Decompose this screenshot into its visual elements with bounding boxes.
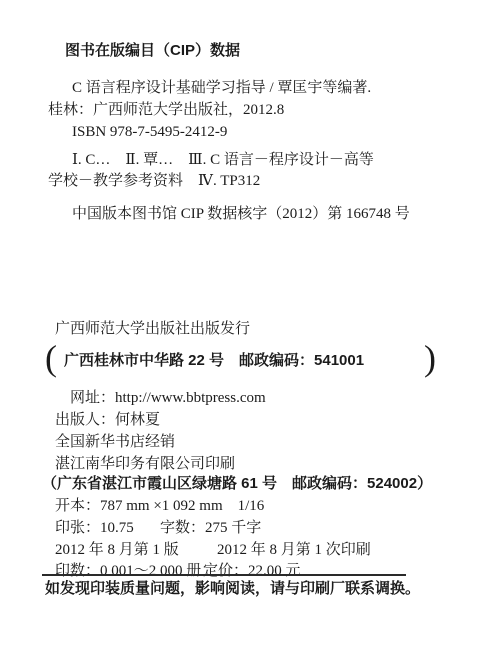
isbn-line: ISBN 978-7-5495-2412-9 [72,123,227,141]
copyright-page: 图书在版编目（CIP）数据 C 语言程序设计基础学习指导 / 覃匡宇等编著. 桂… [0,0,500,666]
printer-address-line: （广东省湛江市霞山区绿塘路 61 号 邮政编码：524002） [42,475,432,493]
printing-line: 2012 年 8 月第 1 次印刷 [217,541,371,559]
divider-rule [42,574,406,576]
printer-line: 湛江南华印务有限公司印刷 [55,455,235,473]
price-line: 定价：22.00 元 [203,562,301,580]
large-right-paren: ) [424,340,436,376]
book-title-line: C 语言程序设计基础学习指导 / 覃匡宇等编著. [72,79,371,97]
classification-line-2: 学校－教学参考资料 Ⅳ. TP312 [48,172,260,190]
print-run-line: 印数：0 001～2 000 册 [55,562,201,580]
cip-heading: 图书在版编目（CIP）数据 [65,42,240,60]
distribution-line: 全国新华书店经销 [55,433,175,451]
format-line: 开本：787 mm ×1 092 mm 1/16 [55,497,264,515]
imprint-line: 桂林：广西师范大学出版社，2012.8 [48,101,284,119]
publisher-address-line: 广西桂林市中华路 22 号 邮政编码：541001 [64,352,364,370]
edition-line: 2012 年 8 月第 1 版 [55,541,179,559]
quality-notice-line: 如发现印装质量问题，影响阅读，请与印刷厂联系调换。 [45,580,420,598]
publisher-line: 广西师范大学出版社出版发行 [55,320,250,338]
word-count-line: 字数：275 千字 [160,519,261,537]
large-left-paren: ( [45,340,57,376]
publisher-person-line: 出版人：何林夏 [55,411,160,429]
classification-line-1: Ⅰ. C… Ⅱ. 覃… Ⅲ. C 语言－程序设计－高等 [72,151,374,169]
website-line: 网址：http://www.bbtpress.com [70,389,266,407]
cip-record-number-line: 中国版本图书馆 CIP 数据核字（2012）第 166748 号 [72,205,410,223]
printed-sheets-line: 印张：10.75 [55,519,134,537]
